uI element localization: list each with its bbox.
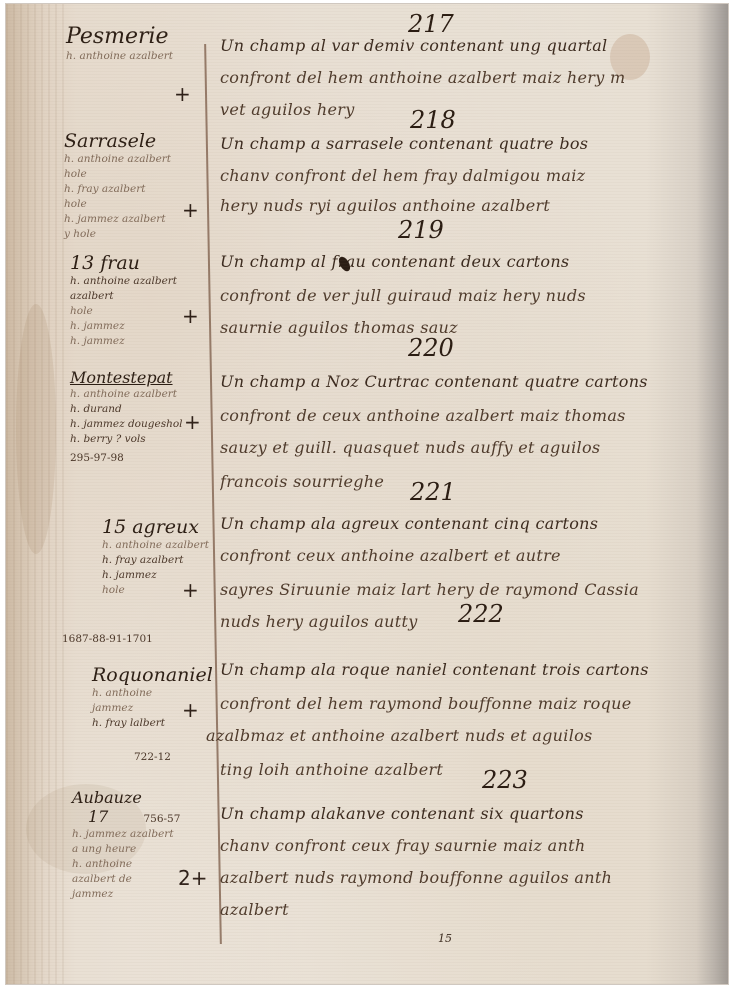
place-name: Pesmerie bbox=[66, 24, 173, 49]
entry-line: confront de ver jull guiraud maiz hery n… bbox=[220, 286, 720, 305]
entry-line: confront ceux anthoine azalbert et autre bbox=[220, 546, 720, 565]
margin-note: jammez bbox=[72, 887, 180, 902]
place-name: Montestepat bbox=[70, 368, 183, 387]
margin-note: h. jammez bbox=[70, 334, 177, 349]
place-name: Aubauze bbox=[72, 788, 180, 807]
folio-mark: 15 bbox=[438, 932, 452, 945]
manuscript-page: 217 Pesmerie h. anthoine azalbert + Un c… bbox=[6, 4, 728, 984]
entry-line: ting loih anthoine azalbert bbox=[220, 760, 720, 779]
margin-entry: Pesmerie h. anthoine azalbert bbox=[66, 24, 173, 64]
entry-number: 220 bbox=[408, 334, 454, 362]
place-name: 15 agreux bbox=[102, 516, 209, 538]
cross-mark: + bbox=[182, 304, 199, 328]
entry-line: nuds hery aguilos autty bbox=[220, 612, 450, 631]
cross-mark: + bbox=[174, 82, 191, 106]
margin-entry: Montestepat h. anthoine azalbert h. dura… bbox=[70, 368, 183, 466]
margin-note: h. jammez bbox=[70, 319, 177, 334]
entry-number: 222 bbox=[458, 600, 504, 628]
margin-entry: Aubauze 17 756-57 h. jammez azalbert a u… bbox=[72, 788, 180, 902]
margin-note: h. anthoine azalbert bbox=[70, 387, 183, 402]
cross-mark: + bbox=[182, 698, 199, 722]
cross-mark: + bbox=[182, 198, 199, 222]
margin-number-row: 17 756-57 bbox=[72, 807, 180, 827]
entry-line: Un champ ala roque naniel contenant troi… bbox=[220, 660, 720, 679]
margin-note: h. berry ? vols bbox=[70, 432, 183, 447]
margin-note: h. anthoine azalbert bbox=[102, 538, 209, 553]
entry-line: azalbmaz et anthoine azalbert nuds et ag… bbox=[206, 726, 706, 745]
entry-number: 218 bbox=[410, 106, 456, 134]
entry-line: sauzy et guill. quasquet nuds auffy et a… bbox=[220, 438, 720, 457]
entry-line: chanv confront ceux fray saurnie maiz an… bbox=[220, 836, 720, 855]
entry-line: Un champ al frau contenant deux cartons bbox=[220, 252, 720, 271]
tally: 756-57 bbox=[143, 813, 180, 825]
entry-line: Un champ al var demiv contenant ung quar… bbox=[220, 36, 720, 55]
place-name: Sarrasele bbox=[64, 130, 171, 152]
margin-note: h. anthoine azalbert bbox=[64, 152, 171, 167]
cross-mark: + bbox=[182, 578, 199, 602]
margin-note: hole bbox=[64, 197, 171, 212]
margin-note: h. anthoine bbox=[72, 857, 180, 872]
entry-line: Un champ alakanve contenant six quartons bbox=[220, 804, 720, 823]
entry-number: 219 bbox=[398, 216, 444, 244]
entry-number: 217 bbox=[408, 10, 454, 38]
margin-note: h. fray azalbert bbox=[64, 182, 171, 197]
entry-line: confront del hem anthoine azalbert maiz … bbox=[220, 68, 720, 87]
entry-line: confront del hem raymond bouffonne maiz … bbox=[220, 694, 720, 713]
entry-line: Un champ ala agreux contenant cinq carto… bbox=[220, 514, 720, 533]
place-name: 13 frau bbox=[70, 252, 177, 274]
margin-note: azalbert bbox=[70, 289, 177, 304]
margin-entry: 13 frau h. anthoine azalbert azalbert ho… bbox=[70, 252, 177, 349]
cross-mark: 2+ bbox=[178, 866, 207, 890]
entry-line: chanv confront del hem fray dalmigou mai… bbox=[220, 166, 720, 185]
margin-note: y hole bbox=[64, 227, 171, 242]
tally: 1687-88-91-1701 bbox=[62, 632, 153, 647]
entry-line: sayres Siruunie maiz lart hery de raymon… bbox=[220, 580, 720, 599]
tally: 295-97-98 bbox=[70, 451, 183, 466]
entry-line: saurnie aguilos thomas sauz bbox=[220, 318, 720, 337]
entry-number: 223 bbox=[482, 766, 528, 794]
margin-note: h. durand bbox=[70, 402, 183, 417]
margin-note: hole bbox=[70, 304, 177, 319]
stain bbox=[16, 304, 56, 554]
entry-line: hery nuds ryi aguilos anthoine azalbert bbox=[220, 196, 720, 215]
margin-note: h. fray azalbert bbox=[102, 553, 209, 568]
margin-note: h. jammez azalbert bbox=[64, 212, 171, 227]
entry-line: Un champ a Noz Curtrac contenant quatre … bbox=[220, 372, 720, 391]
place-name: Roquonaniel bbox=[92, 664, 213, 686]
margin-note: azalbert de bbox=[72, 872, 180, 887]
margin-note: h. anthoine azalbert bbox=[66, 49, 173, 64]
margin-note: h. jammez dougeshol bbox=[70, 417, 183, 432]
entry-line: Un champ a sarrasele contenant quatre bo… bbox=[220, 134, 720, 153]
margin-note: hole bbox=[64, 167, 171, 182]
entry-line: confront de ceux anthoine azalbert maiz … bbox=[220, 406, 720, 425]
tally: 722-12 bbox=[134, 750, 171, 765]
margin-entry: Sarrasele h. anthoine azalbert hole h. f… bbox=[64, 130, 171, 242]
cross-mark: + bbox=[184, 410, 201, 434]
margin-note: a ung heure bbox=[72, 842, 180, 857]
margin-note: h. jammez azalbert bbox=[72, 827, 180, 842]
entry-line: azalbert bbox=[220, 900, 720, 919]
entry-line: vet aguilos hery bbox=[220, 100, 720, 119]
margin-number: 17 bbox=[88, 807, 108, 826]
entry-number: 221 bbox=[410, 478, 456, 506]
margin-note: h. anthoine azalbert bbox=[70, 274, 177, 289]
entry-line: azalbert nuds raymond bouffonne aguilos … bbox=[220, 868, 720, 887]
entry-line: francois sourrieghe bbox=[220, 472, 720, 491]
